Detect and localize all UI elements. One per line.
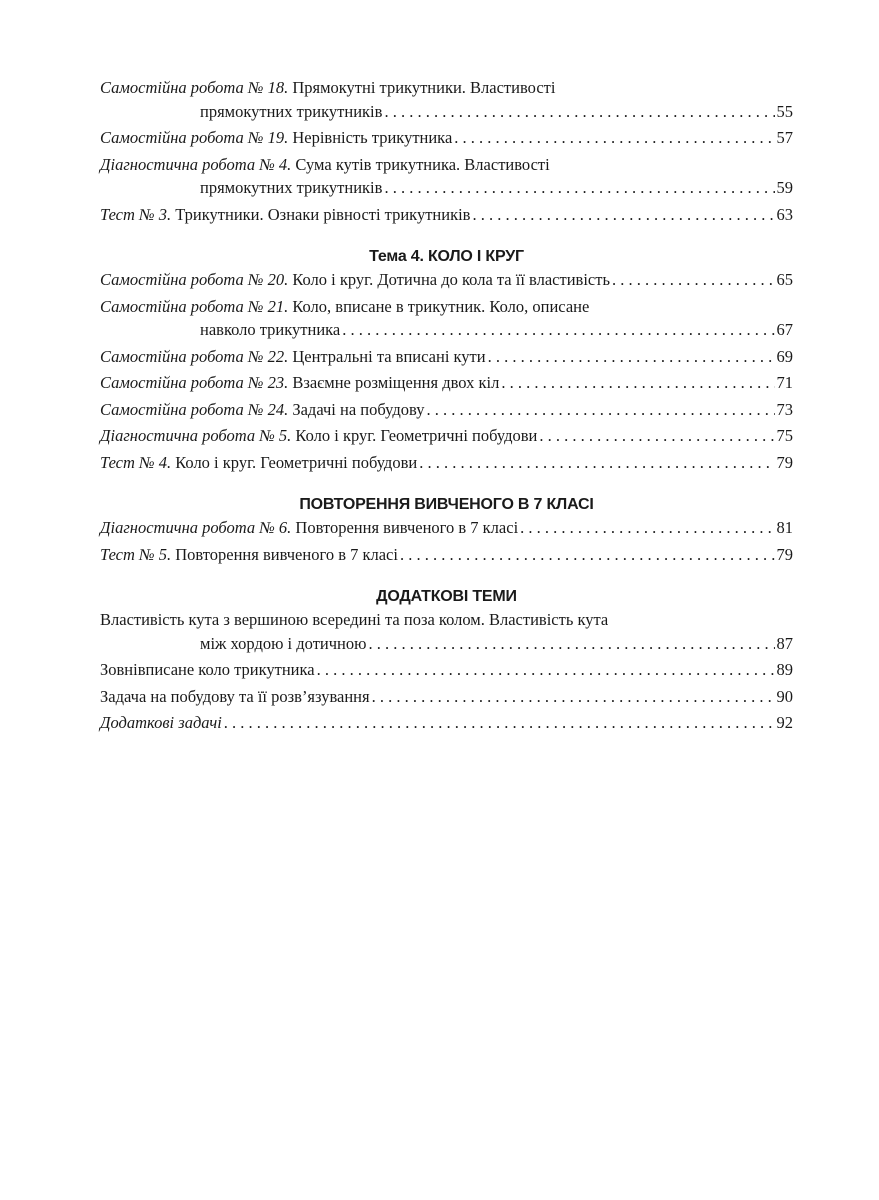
toc-entry[interactable]: Задача на побудову та її розв’язування90	[100, 685, 793, 709]
toc-entry[interactable]: Тест № 3. Трикутники. Ознаки рівності тр…	[100, 203, 793, 227]
entry-title: Коло і круг. Дотична до кола та її власт…	[292, 268, 610, 292]
toc-entry[interactable]: Самостійна робота № 20. Коло і круг. Дот…	[100, 268, 793, 292]
section-heading: ДОДАТКОВІ ТЕМИ	[100, 586, 793, 608]
dot-leader	[400, 543, 775, 567]
toc-section: ДОДАТКОВІ ТЕМИВластивість кута з вершино…	[100, 569, 793, 738]
page-number: 87	[777, 632, 794, 656]
entry-label: Самостійна робота № 24.	[100, 398, 288, 422]
page-number: 73	[777, 398, 794, 422]
dot-leader	[368, 632, 774, 656]
page-number: 57	[777, 126, 794, 150]
entry-label: Діагностична робота № 4.	[100, 153, 291, 177]
entry-label: Самостійна робота № 23.	[100, 371, 288, 395]
table-of-contents: Самостійна робота № 18. Прямокутні трику…	[100, 76, 793, 738]
page-number: 65	[777, 268, 794, 292]
dot-leader	[317, 658, 775, 682]
entry-title-continued: навколо трикутника	[200, 318, 340, 342]
entry-label: Самостійна робота № 22.	[100, 345, 288, 369]
entry-title: Сума кутів трикутника. Властивості	[295, 153, 549, 177]
page-number: 79	[777, 451, 794, 475]
section-heading: ПОВТОРЕННЯ ВИВЧЕНОГО В 7 КЛАСІ	[100, 494, 793, 516]
entry-label: Діагностична робота № 6.	[100, 516, 291, 540]
entry-label: Самостійна робота № 21.	[100, 295, 288, 319]
toc-section: Тема 4. КОЛО І КРУГСамостійна робота № 2…	[100, 229, 793, 477]
dot-leader	[342, 318, 774, 342]
page-number: 81	[777, 516, 794, 540]
entry-title: Взаємне розміщення двох кіл	[292, 371, 499, 395]
page-number: 79	[777, 543, 794, 567]
dot-leader	[426, 398, 774, 422]
toc-entry[interactable]: Самостійна робота № 23. Взаємне розміщен…	[100, 371, 793, 395]
entry-label: Діагностична робота № 5.	[100, 424, 291, 448]
toc-entry[interactable]: Діагностична робота № 4. Сума кутів трик…	[100, 153, 793, 200]
entry-title: Прямокутні трикутники. Властивості	[292, 76, 555, 100]
entry-title: Коло і круг. Геометричні побудови	[175, 451, 417, 475]
entry-title: Коло, вписане в трикутник. Коло, описане	[292, 295, 589, 319]
dot-leader	[539, 424, 774, 448]
entry-title-continued: прямокутних трикутників	[200, 176, 382, 200]
toc-entry[interactable]: Діагностична робота № 6. Повторення вивч…	[100, 516, 793, 540]
dot-leader	[501, 371, 774, 395]
dot-leader	[419, 451, 774, 475]
page-number: 59	[777, 176, 794, 200]
entry-label: Самостійна робота № 19.	[100, 126, 288, 150]
entry-title: Задачі на побудову	[292, 398, 424, 422]
toc-entry[interactable]: Самостійна робота № 24. Задачі на побудо…	[100, 398, 793, 422]
entry-title: Центральні та вписані кути	[292, 345, 485, 369]
toc-entry[interactable]: Самостійна робота № 21. Коло, вписане в …	[100, 295, 793, 342]
page-number: 92	[777, 711, 794, 735]
toc-entry[interactable]: Самостійна робота № 18. Прямокутні трику…	[100, 76, 793, 123]
entry-title: Задача на побудову та її розв’язування	[100, 685, 370, 709]
page-number: 71	[777, 371, 794, 395]
page-number: 90	[777, 685, 794, 709]
entry-title: Трикутники. Ознаки рівності трикутників	[175, 203, 470, 227]
entry-title-continued: між хордою і дотичною	[200, 632, 366, 656]
toc-entry[interactable]: Додаткові задачі92	[100, 711, 793, 735]
dot-leader	[472, 203, 774, 227]
page-number: 67	[777, 318, 794, 342]
toc-entry[interactable]: Тест № 5. Повторення вивченого в 7 класі…	[100, 543, 793, 567]
toc-entry[interactable]: Самостійна робота № 22. Центральні та вп…	[100, 345, 793, 369]
entry-label: Тест № 5.	[100, 543, 171, 567]
toc-entry[interactable]: Тест № 4. Коло і круг. Геометричні побуд…	[100, 451, 793, 475]
toc-entry[interactable]: Зовнівписане коло трикутника89	[100, 658, 793, 682]
entry-label: Самостійна робота № 20.	[100, 268, 288, 292]
section-heading: Тема 4. КОЛО І КРУГ	[100, 246, 793, 268]
page-number: 75	[777, 424, 794, 448]
dot-leader	[224, 711, 775, 735]
dot-leader	[454, 126, 774, 150]
entry-label: Додаткові задачі	[100, 711, 222, 735]
toc-entry[interactable]: Самостійна робота № 19. Нерівність трику…	[100, 126, 793, 150]
entry-label: Тест № 3.	[100, 203, 171, 227]
dot-leader	[612, 268, 775, 292]
entry-title: Нерівність трикутника	[292, 126, 452, 150]
dot-leader	[488, 345, 775, 369]
toc-entry[interactable]: Діагностична робота № 5. Коло і круг. Ге…	[100, 424, 793, 448]
page-number: 63	[777, 203, 794, 227]
entry-title: Коло і круг. Геометричні побудови	[295, 424, 537, 448]
dot-leader	[520, 516, 774, 540]
entry-title: Властивість кута з вершиною всередині та…	[100, 608, 608, 632]
entry-title-continued: прямокутних трикутників	[200, 100, 382, 124]
dot-leader	[372, 685, 775, 709]
entry-title: Зовнівписане коло трикутника	[100, 658, 315, 682]
dot-leader	[384, 100, 774, 124]
page-number: 55	[777, 100, 794, 124]
toc-section: Самостійна робота № 18. Прямокутні трику…	[100, 76, 793, 229]
dot-leader	[384, 176, 774, 200]
page-number: 69	[777, 345, 794, 369]
toc-entry[interactable]: Властивість кута з вершиною всередині та…	[100, 608, 793, 655]
toc-section: ПОВТОРЕННЯ ВИВЧЕНОГО В 7 КЛАСІДіагностич…	[100, 477, 793, 569]
entry-title: Повторення вивченого в 7 класі	[295, 516, 518, 540]
entry-title: Повторення вивченого в 7 класі	[175, 543, 398, 567]
entry-label: Тест № 4.	[100, 451, 171, 475]
page-number: 89	[777, 658, 794, 682]
entry-label: Самостійна робота № 18.	[100, 76, 288, 100]
